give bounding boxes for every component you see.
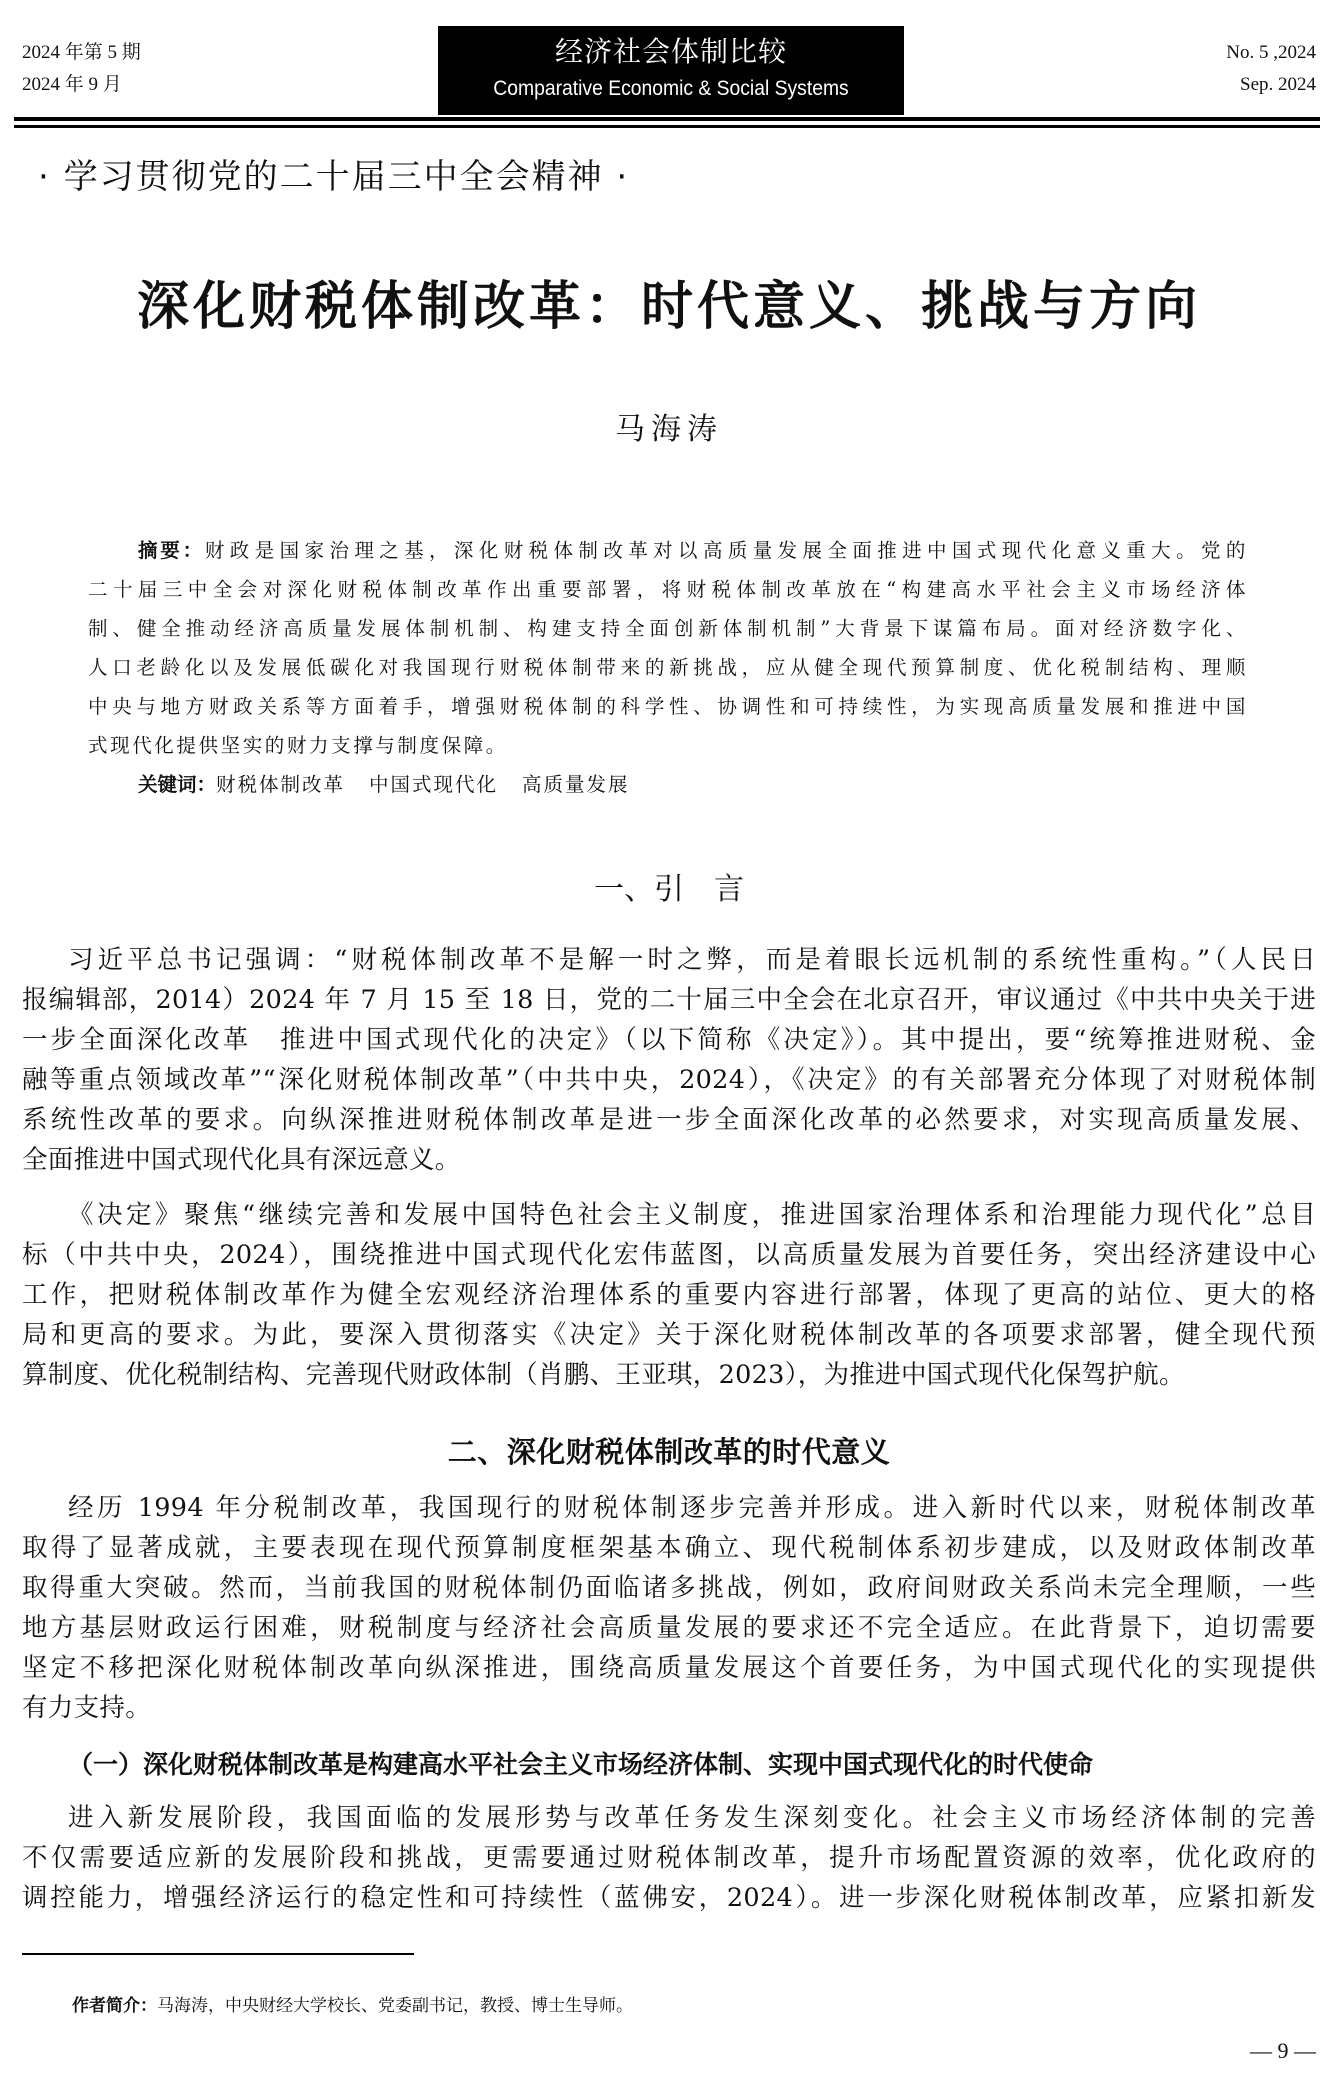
column-heading: · 学习贯彻党的二十届三中全会精神 · bbox=[38, 155, 629, 199]
abstract-line: 中央与地方财政关系等方面着手，增强财税体制的科学性、协调性和可持续性，为实现高质… bbox=[88, 693, 1248, 721]
body-line: 报编辑部，2014）2024 年 7 月 15 至 18 日，党的二十届三中全会… bbox=[22, 982, 1316, 1018]
abstract-line: 二十届三中全会对深化财税体制改革作出重要部署，将财税体制改革放在“构建高水平社会… bbox=[88, 576, 1248, 604]
body-line: 坚定不移把深化财税体制改革向纵深推进，围绕高质量发展这个首要任务，为中国式现代化… bbox=[22, 1650, 1316, 1686]
abstract-line: 人口老龄化以及发展低碳化对我国现行财税体制带来的新挑战，应从健全现代预算制度、优… bbox=[88, 654, 1248, 682]
body-line: 标（中共中央，2024），围绕推进中国式现代化宏伟蓝图，以高质量发展为首要任务，… bbox=[22, 1237, 1316, 1273]
journal-masthead: 经济社会体制比较 Comparative Economic & Social S… bbox=[438, 26, 904, 115]
article-title: 深化财税体制改革：时代意义、挑战与方向 bbox=[0, 272, 1338, 342]
journal-title-cn: 经济社会体制比较 bbox=[438, 34, 904, 70]
footnote-rule bbox=[22, 1953, 414, 1955]
header-rule-thin bbox=[14, 125, 1320, 128]
keywords-label: 关键词： bbox=[138, 773, 216, 796]
keyword: 中国式现代化 bbox=[369, 773, 498, 796]
keyword: 财税体制改革 bbox=[216, 773, 345, 796]
body-line: 地方基层财政运行困难，财税制度与经济社会高质量发展的要求还不完全适应。在此背景下… bbox=[22, 1610, 1316, 1646]
abstract-line: 制、健全推动经济高质量发展体制机制、构建支持全面创新体制机制”大背景下谋篇布局。… bbox=[88, 615, 1248, 643]
abstract-label: 摘要： bbox=[138, 539, 205, 562]
footnote-label: 作者简介： bbox=[72, 1996, 157, 2016]
body-line: 局和更高的要求。为此，要深入贯彻落实《决定》关于深化财税体制改革的各项要求部署，… bbox=[22, 1317, 1316, 1353]
body-line: 工作，把财税体制改革作为健全宏观经济治理体系的重要内容进行部署，体现了更高的站位… bbox=[22, 1277, 1316, 1313]
abstract-line: 式现代化提供坚实的财力支撑与制度保障。 bbox=[88, 732, 1248, 760]
body-line: 《决定》聚焦“继续完善和发展中国特色社会主义制度，推进国家治理体系和治理能力现代… bbox=[68, 1197, 1316, 1233]
body-line: 进入新发展阶段，我国面临的发展形势与改革任务发生深刻变化。社会主义市场经济体制的… bbox=[68, 1800, 1316, 1836]
section-heading: 一、引 言 bbox=[0, 870, 1338, 910]
body-line: 取得重大突破。然而，当前我国的财税体制仍面临诸多挑战，例如，政府间财政关系尚未完… bbox=[22, 1570, 1316, 1606]
issue-number-en: No. 5 ,2024 bbox=[1226, 38, 1316, 68]
body-line: 习近平总书记强调：“财税体制改革不是解一时之弊，而是着眼长远机制的系统性重构。”… bbox=[68, 942, 1316, 978]
body-line: 有力支持。 bbox=[22, 1690, 1316, 1726]
section-heading: 二、深化财税体制改革的时代意义 bbox=[0, 1432, 1338, 1472]
issue-date-en: Sep. 2024 bbox=[1240, 70, 1316, 100]
body-line: 一步全面深化改革 推进中国式现代化的决定》（以下简称《决定》）。其中提出，要“统… bbox=[22, 1022, 1316, 1058]
keyword: 高质量发展 bbox=[522, 773, 630, 796]
page-number: — 9 — bbox=[1250, 2036, 1316, 2066]
abstract-line: 摘要：财政是国家治理之基，深化财税体制改革对以高质量发展全面推进中国式现代化意义… bbox=[138, 537, 1248, 565]
body-line: 取得了显著成就，主要表现在现代预算制度框架基本确立、现代税制体系初步建成，以及财… bbox=[22, 1530, 1316, 1566]
issue-number: 2024 年第 5 期 bbox=[22, 38, 141, 68]
body-line: 系统性改革的要求。向纵深推进财税体制改革是进一步全面深化改革的必然要求，对实现高… bbox=[22, 1102, 1316, 1138]
body-line: 全面推进中国式现代化具有深远意义。 bbox=[22, 1142, 1316, 1178]
body-line: 融等重点领域改革”“深化财税体制改革”（中共中央，2024），《决定》的有关部署… bbox=[22, 1062, 1316, 1098]
keywords: 关键词：财税体制改革中国式现代化高质量发展 bbox=[138, 771, 654, 799]
subsection-heading: （一）深化财税体制改革是构建高水平社会主义市场经济体制、实现中国式现代化的时代使… bbox=[68, 1747, 1093, 1783]
body-line: 调控能力，增强经济运行的稳定性和可持续性（蓝佛安，2024）。进一步深化财税体制… bbox=[22, 1880, 1316, 1916]
body-line: 不仅需要适应新的发展阶段和挑战，更需要通过财税体制改革，提升市场配置资源的效率，… bbox=[22, 1840, 1316, 1876]
footnote-text: 马海涛，中央财经大学校长、党委副书记，教授、博士生导师。 bbox=[157, 1996, 633, 2016]
header-rule-thick bbox=[14, 117, 1320, 121]
author-footnote: 作者简介：马海涛，中央财经大学校长、党委副书记，教授、博士生导师。 bbox=[72, 1993, 633, 2019]
issue-date: 2024 年 9 月 bbox=[22, 70, 122, 100]
body-line: 算制度、优化税制结构、完善现代财政体制（肖鹏、王亚琪，2023），为推进中国式现… bbox=[22, 1357, 1316, 1393]
journal-title-en: Comparative Economic & Social Systems bbox=[457, 74, 886, 104]
body-line: 经历 1994 年分税制改革，我国现行的财税体制逐步完善并形成。进入新时代以来，… bbox=[68, 1490, 1316, 1526]
author-name: 马海涛 bbox=[0, 410, 1338, 450]
